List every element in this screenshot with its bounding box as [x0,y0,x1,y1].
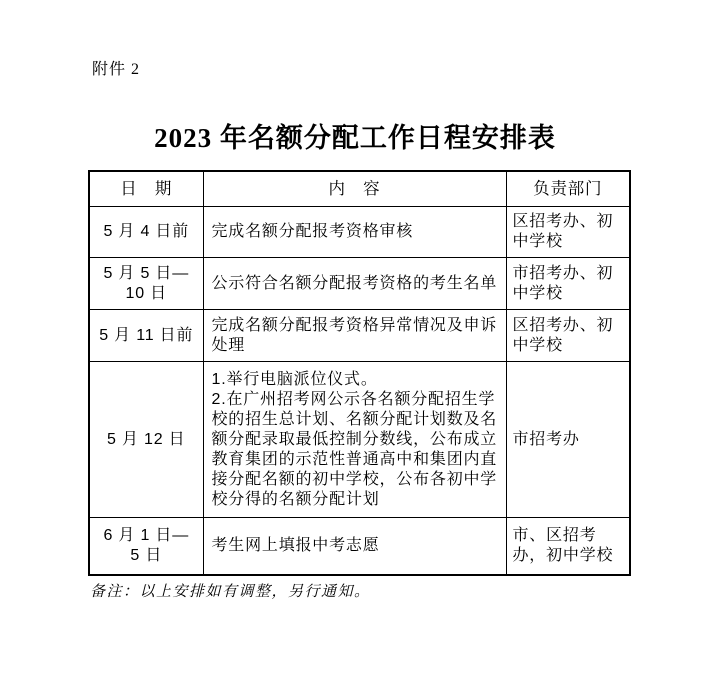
content-cell: 完成名额分配报考资格审核 [203,207,506,258]
document-page: 附件 2 2023 年名额分配工作日程安排表 日 期 内 容 负责部门 5 月 … [0,0,710,680]
table-row: 5 月 11 日前 完成名额分配报考资格异常情况及申诉处理 区招考办、初中学校 [89,310,630,362]
table-row: 5 月 12 日 1.举行电脑派位仪式。 2.在广州招考网公示各名额分配招生学校… [89,362,630,518]
header-content: 内 容 [203,171,506,207]
footnote: 备注：以上安排如有调整，另行通知。 [90,580,371,601]
table-header-row: 日 期 内 容 负责部门 [89,171,630,207]
table-row: 6 月 1 日— 5 日 考生网上填报中考志愿 市、区招考办，初中学校 [89,518,630,575]
date-cell: 5 月 4 日前 [89,207,203,258]
content-cell: 1.举行电脑派位仪式。 2.在广州招考网公示各名额分配招生学校的招生总计划、名额… [203,362,506,518]
schedule-table: 日 期 内 容 负责部门 5 月 4 日前 完成名额分配报考资格审核 区招考办、… [88,170,631,576]
header-date: 日 期 [89,171,203,207]
date-cell: 5 月 11 日前 [89,310,203,362]
date-cell: 6 月 1 日— 5 日 [89,518,203,575]
department-cell: 区招考办、初中学校 [506,310,630,362]
department-cell: 市招考办、初中学校 [506,258,630,310]
header-department: 负责部门 [506,171,630,207]
content-cell: 完成名额分配报考资格异常情况及申诉处理 [203,310,506,362]
content-cell: 考生网上填报中考志愿 [203,518,506,575]
department-cell: 市、区招考办，初中学校 [506,518,630,575]
department-cell: 市招考办 [506,362,630,518]
date-cell: 5 月 12 日 [89,362,203,518]
date-cell: 5 月 5 日— 10 日 [89,258,203,310]
table-row: 5 月 4 日前 完成名额分配报考资格审核 区招考办、初中学校 [89,207,630,258]
page-title: 2023 年名额分配工作日程安排表 [0,116,710,155]
table-row: 5 月 5 日— 10 日 公示符合名额分配报考资格的考生名单 市招考办、初中学… [89,258,630,310]
department-cell: 区招考办、初中学校 [506,207,630,258]
attachment-label: 附件 2 [92,56,140,79]
content-cell: 公示符合名额分配报考资格的考生名单 [203,258,506,310]
